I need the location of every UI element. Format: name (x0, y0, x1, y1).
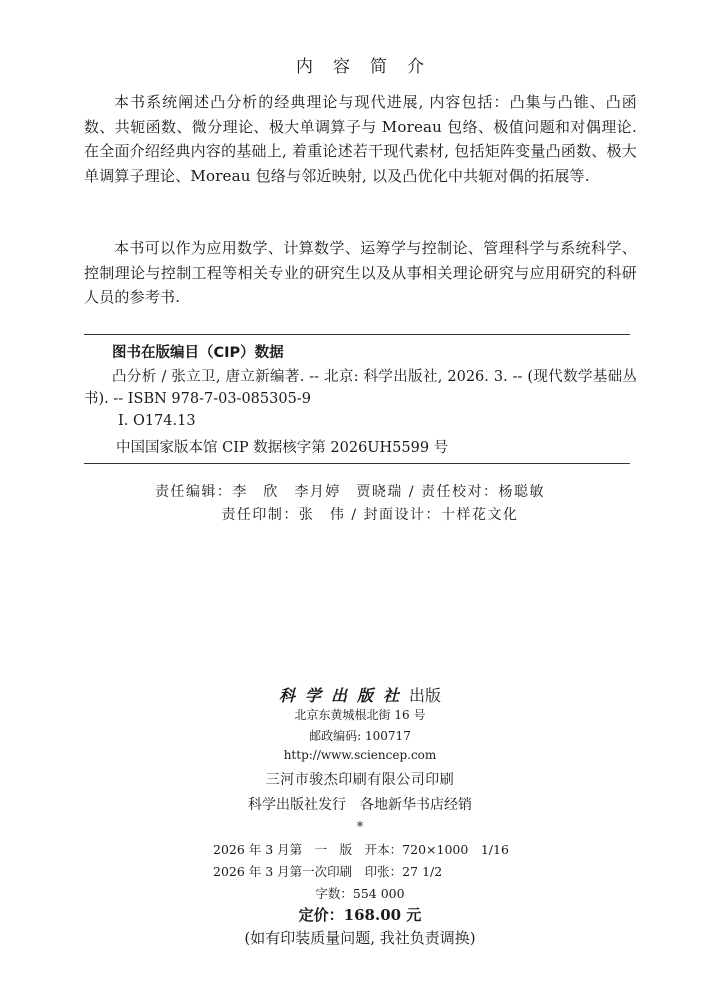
publisher-url: http://www.sciencep.com (0, 748, 720, 762)
printing-line: 2026 年 3 月第一次印刷 印张：27 1/2 (213, 862, 442, 880)
price: 定价：168.00 元 (0, 904, 720, 925)
printer-line: 三河市骏杰印刷有限公司印刷 (0, 769, 720, 789)
summary-paragraph-1: 本书系统阐述凸分析的经典理论与现代进展, 内容包括：凸集与凸锥、凸函数、共轭函数… (84, 90, 637, 188)
publisher-logo: 科学出版社 (279, 686, 409, 705)
credits-production: 责任印制：张 伟 / 封面设计：十样花文化 (10, 504, 720, 524)
cip-classification: Ⅰ. O174.13 (118, 413, 196, 429)
page-title: 内容简介 (0, 52, 720, 77)
cip-heading: 图书在版编目（CIP）数据 (112, 341, 284, 362)
quality-notice: (如有印装质量问题, 我社负责调换) (0, 927, 720, 948)
separator-star: * (0, 820, 720, 835)
publisher-line: 科学出版社出版 (0, 683, 720, 706)
cip-record: 凸分析 / 张立卫, 唐立新编著. -- 北京: 科学出版社, 2026. 3.… (84, 366, 637, 410)
publisher-postcode: 邮政编码: 100717 (0, 727, 720, 744)
edition-line: 2026 年 3 月第 一 版 开本：720×1000 1/16 (213, 840, 509, 858)
distribution-line: 科学出版社发行 各地新华书店经销 (0, 794, 720, 814)
publisher-suffix: 出版 (409, 686, 441, 705)
summary-paragraph-2: 本书可以作为应用数学、计算数学、运筹学与控制论、管理科学与系统科学、控制理论与控… (84, 236, 637, 310)
publisher-address: 北京东黄城根北街 16 号 (0, 706, 720, 723)
cip-verification: 中国国家版本馆 CIP 数据核字第 2026UH5599 号 (116, 436, 448, 457)
cip-bottom-rule (84, 463, 630, 464)
cip-top-rule (84, 334, 630, 335)
word-count: 字数：554 000 (0, 884, 720, 902)
credits-editors: 责任编辑：李 欣 李月婷 贾晓瑞 / 责任校对：杨聪敏 (0, 481, 710, 501)
